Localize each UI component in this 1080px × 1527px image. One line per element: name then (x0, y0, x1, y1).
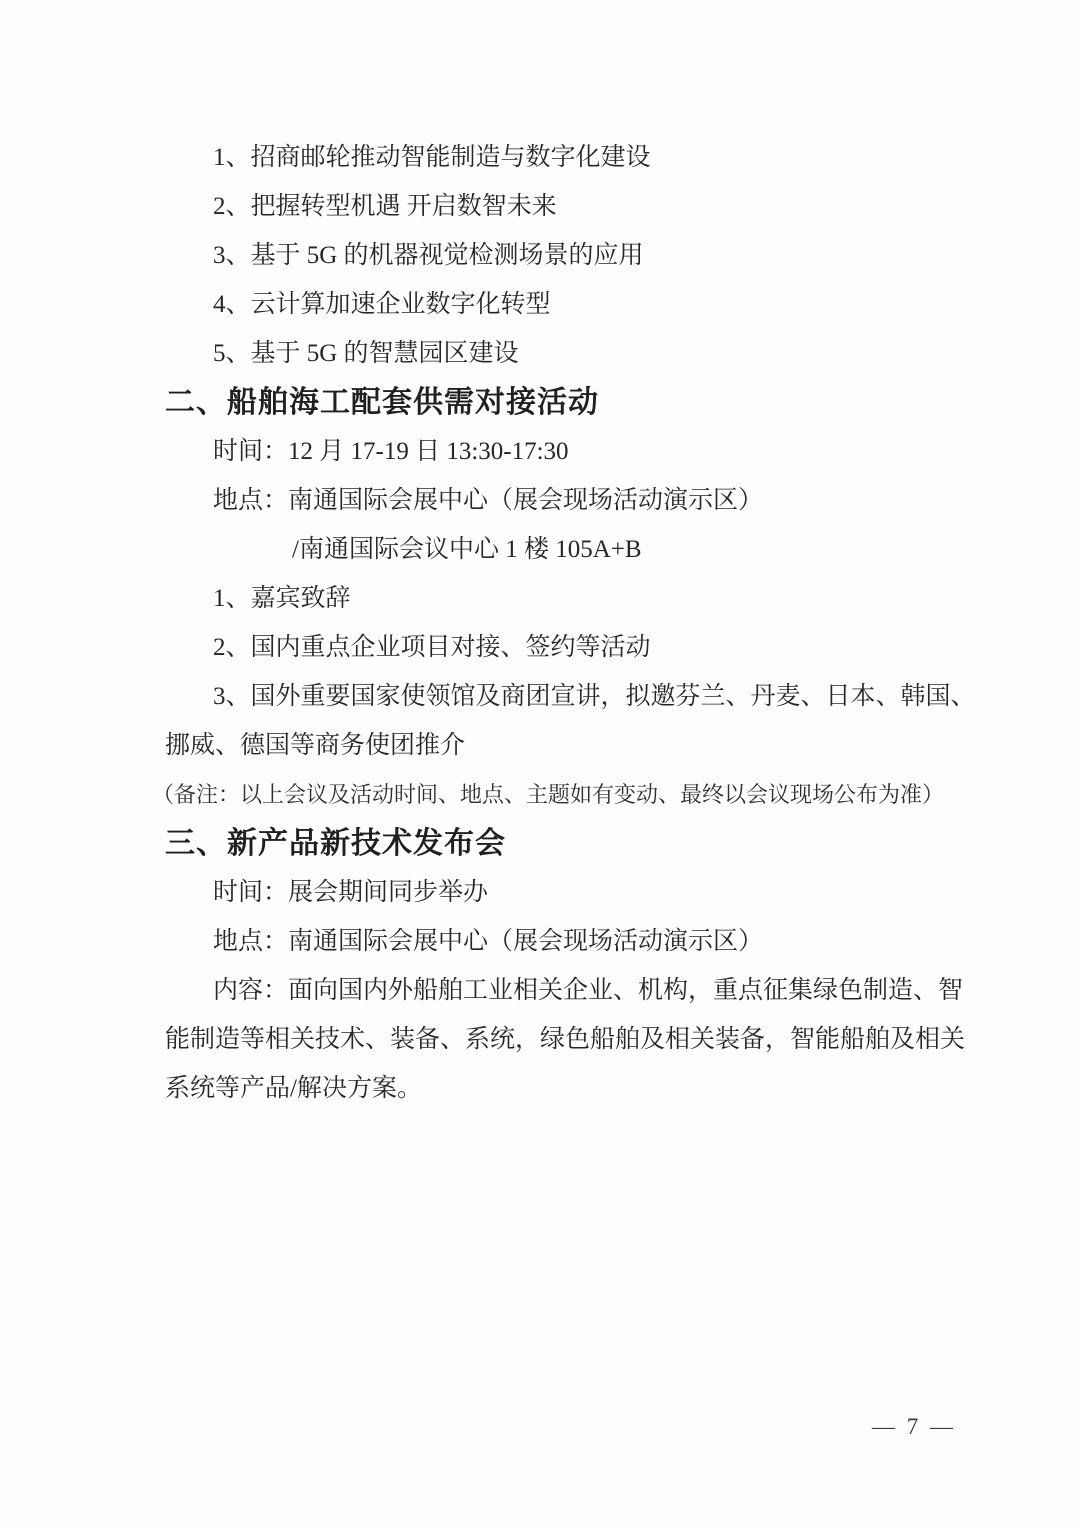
launch-content-line2: 能制造等相关技术、装备、系统，绿色船舶及相关装备，智能船舶及相关 (165, 1015, 965, 1064)
topic-item-3: 3、基于 5G 的机器视觉检测场景的应用 (165, 231, 965, 280)
matching-item-1: 1、嘉宾致辞 (165, 574, 965, 623)
document-page: 1、招商邮轮推动智能制造与数字化建设 2、把握转型机遇 开启数智未来 3、基于 … (0, 0, 1080, 1527)
topic-item-1: 1、招商邮轮推动智能制造与数字化建设 (165, 133, 965, 182)
topic-item-4: 4、云计算加速企业数字化转型 (165, 280, 965, 329)
launch-time: 时间：展会期间同步举办 (165, 868, 965, 917)
launch-content-line1: 内容：面向国内外船舶工业相关企业、机构，重点征集绿色制造、智 (165, 966, 965, 1015)
page-number: — 7 — (872, 1407, 956, 1447)
matching-venue-line1: 地点：南通国际会展中心（展会现场活动演示区） (165, 476, 965, 525)
document-body: 1、招商邮轮推动智能制造与数字化建设 2、把握转型机遇 开启数智未来 3、基于 … (165, 133, 965, 1113)
section-heading-launch: 三、新产品新技术发布会 (165, 819, 965, 868)
topic-item-5: 5、基于 5G 的智慧园区建设 (165, 329, 965, 378)
section-heading-matching: 二、船舶海工配套供需对接活动 (165, 378, 965, 427)
matching-item-3-line2: 挪威、德国等商务使团推介 (165, 721, 965, 770)
matching-time: 时间：12 月 17-19 日 13:30-17:30 (165, 427, 965, 476)
launch-content-line3: 系统等产品/解决方案。 (165, 1064, 965, 1113)
launch-venue: 地点：南通国际会展中心（展会现场活动演示区） (165, 917, 965, 966)
matching-venue-line2: /南通国际会议中心 1 楼 105A+B (165, 525, 965, 574)
matching-item-2: 2、国内重点企业项目对接、签约等活动 (165, 623, 965, 672)
remark-note: （备注：以上会议及活动时间、地点、主题如有变动、最终以会议现场公布为准） (152, 770, 965, 819)
matching-item-3-line1: 3、国外重要国家使领馆及商团宣讲，拟邀芬兰、丹麦、日本、韩国、 (165, 672, 965, 721)
topic-item-2: 2、把握转型机遇 开启数智未来 (165, 182, 965, 231)
